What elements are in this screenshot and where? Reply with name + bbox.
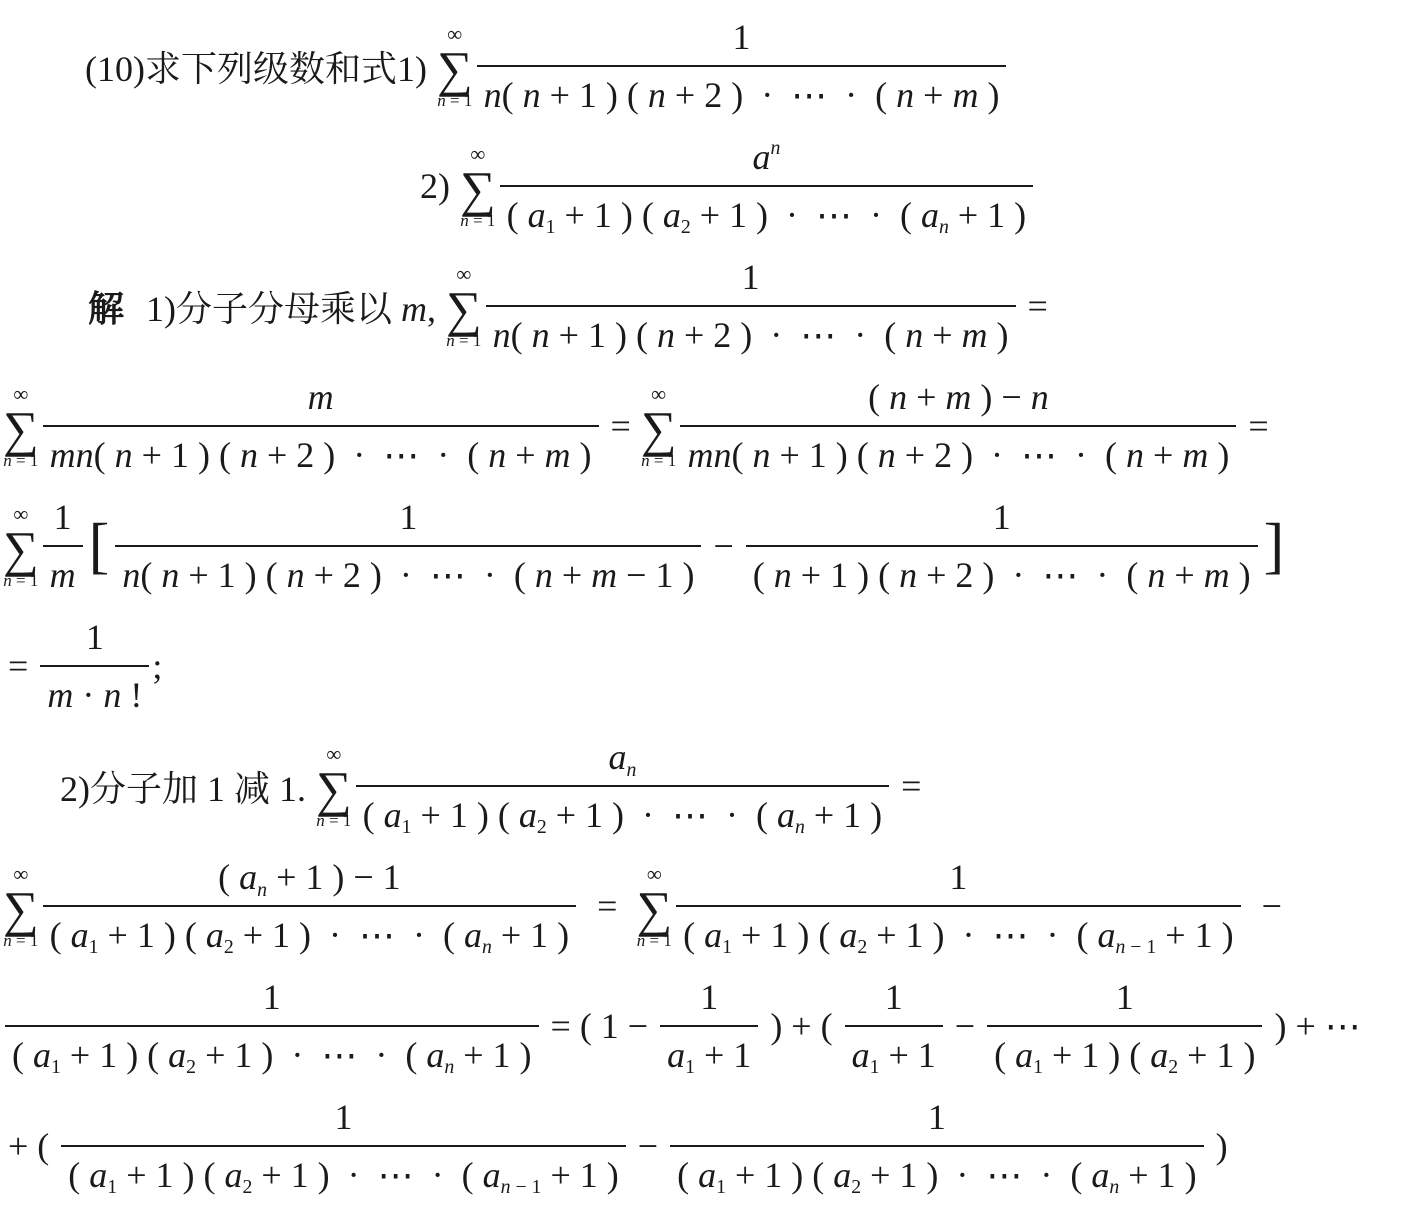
math-variable: n <box>257 879 267 901</box>
fraction-numerator: 1 <box>878 977 910 1024</box>
big-bracket: [ <box>89 515 110 577</box>
summation-symbol: ∞∑n = 1 <box>3 384 39 469</box>
fraction-numerator: 1 <box>47 497 79 544</box>
summation-symbol: ∞∑n = 1 <box>316 744 352 829</box>
math-variable: a <box>1150 1035 1168 1075</box>
math-fraction: 1n( n + 1 ) ( n + 2 ) · ⋯ · ( n + m ) <box>486 257 1016 355</box>
math-variable: n <box>493 315 511 355</box>
math-variable: n <box>899 555 917 595</box>
summation-symbol: ∞∑n = 1 <box>437 24 473 109</box>
math-variable: n <box>889 377 907 417</box>
solution-part2-step4: + ( 1( a1 + 1 ) ( a2 + 1 ) · ⋯ · ( an − … <box>0 1086 1421 1206</box>
subscript: n <box>939 216 949 238</box>
fraction-denominator: mn( n + 1 ) ( n + 2 ) · ⋯ · ( n + m ) <box>43 425 599 475</box>
math-fraction: 1n( n + 1 ) ( n + 2 ) · ⋯ · ( n + m ) <box>477 17 1007 115</box>
math-variable: a <box>464 915 482 955</box>
math-variable: n <box>3 451 12 470</box>
sum-lower-limit: n = 1 <box>437 92 472 109</box>
subscript: 1 <box>51 1056 61 1078</box>
fraction-numerator: 1 <box>942 857 974 904</box>
math-text: ) + ⋯ <box>1265 1005 1360 1047</box>
math-variable: a <box>698 1155 716 1195</box>
math-variable: n <box>1031 377 1049 417</box>
math-text: (10)求下列级数和式1) <box>85 41 436 92</box>
math-variable: m <box>47 675 73 715</box>
fraction-denominator: n( n + 1 ) ( n + 2 ) · ⋯ · ( n + m ) <box>486 305 1016 355</box>
math-variable: n <box>905 315 923 355</box>
math-variable: m <box>545 435 571 475</box>
math-variable: n <box>1126 435 1144 475</box>
math-variable: a <box>224 1155 242 1195</box>
math-text: = <box>602 405 640 447</box>
math-variable: n <box>626 759 636 781</box>
subscript: 1 <box>402 816 412 838</box>
math-variable: a <box>239 857 257 897</box>
math-variable: n <box>1115 936 1125 958</box>
math-variable: a <box>608 737 626 777</box>
sigma-icon: ∑ <box>3 886 39 932</box>
math-variable: n <box>939 216 949 238</box>
math-text: ) + ( <box>761 1005 841 1047</box>
subscript: n − 1 <box>1115 936 1156 958</box>
math-variable: a <box>384 795 402 835</box>
math-text: = <box>8 645 37 687</box>
subscript: 2 <box>242 1176 252 1198</box>
sigma-icon: ∑ <box>316 766 352 812</box>
fraction-denominator: m <box>43 545 83 595</box>
math-variable: a <box>168 1035 186 1075</box>
sum-lower-limit: n = 1 <box>3 932 38 949</box>
subscript: n <box>257 879 267 901</box>
math-text: = ( 1 − <box>542 1005 658 1047</box>
fraction-denominator: ( a1 + 1 ) ( a2 + 1 ) · ⋯ · ( an − 1 + 1… <box>676 905 1240 955</box>
sigma-icon: ∑ <box>460 166 496 212</box>
math-fraction: 1( a1 + 1 ) ( a2 + 1 ) · ⋯ · ( an − 1 + … <box>676 857 1240 955</box>
subscript: n − 1 <box>501 1176 542 1198</box>
fraction-denominator: ( a1 + 1 ) ( a2 + 1 ) <box>987 1025 1262 1075</box>
summation-symbol: ∞∑n = 1 <box>636 864 672 949</box>
subscript: 1 <box>685 1056 695 1078</box>
math-document: (10)求下列级数和式1) ∞∑n = 11n( n + 1 ) ( n + 2… <box>0 0 1421 1218</box>
subscript: 1 <box>870 1056 880 1078</box>
subscript: n <box>482 936 492 958</box>
subscript: 1 <box>107 1176 117 1198</box>
superscript: n <box>770 137 780 159</box>
math-variable: n <box>488 435 506 475</box>
math-variable: n <box>648 75 666 115</box>
math-variable: n <box>482 936 492 958</box>
math-variable: n <box>535 555 553 595</box>
math-variable: n <box>501 1176 511 1198</box>
math-variable: a <box>206 915 224 955</box>
fraction-numerator: an <box>601 737 643 784</box>
math-variable: m <box>962 315 988 355</box>
solution-part1-step1: 解1)分子分母乘以 m, ∞∑n = 11n( n + 1 ) ( n + 2 … <box>0 246 1421 366</box>
math-variable: m <box>945 377 971 417</box>
math-text: = <box>579 885 635 927</box>
math-fraction: 1a1 + 1 <box>660 977 758 1075</box>
math-variable: a <box>852 1035 870 1075</box>
math-text: ) <box>1207 1125 1228 1167</box>
subscript: n <box>795 816 805 838</box>
math-fraction: 1n( n + 1 ) ( n + 2 ) · ⋯ · ( n + m − 1 … <box>115 497 701 595</box>
math-variable: mn <box>50 435 94 475</box>
math-fraction: an( a1 + 1 ) ( a2 + 1 ) · ⋯ · ( an + 1 ) <box>500 137 1034 235</box>
math-variable: n <box>437 91 446 110</box>
summation-symbol: ∞∑n = 1 <box>460 144 496 229</box>
sigma-icon: ∑ <box>437 46 473 92</box>
math-text: 2)分子加 1 减 1. <box>60 761 315 812</box>
fraction-numerator: 1 <box>693 977 725 1024</box>
math-variable: a <box>33 1035 51 1075</box>
math-variable: a <box>71 915 89 955</box>
big-bracket: ] <box>1264 515 1285 577</box>
math-text: − <box>946 1005 984 1047</box>
fraction-numerator: ( an + 1 ) − 1 <box>211 857 407 904</box>
math-text: − <box>704 525 742 567</box>
math-variable: a <box>528 195 546 235</box>
fraction-numerator: 1 <box>392 497 424 544</box>
math-text: − <box>1244 885 1282 927</box>
math-variable: a <box>663 195 681 235</box>
math-variable: mn <box>687 435 731 475</box>
fraction-denominator: ( a1 + 1 ) ( a2 + 1 ) · ⋯ · ( an + 1 ) <box>670 1145 1204 1195</box>
sum-lower-limit: n = 1 <box>641 452 676 469</box>
fraction-denominator: n( n + 1 ) ( n + 2 ) · ⋯ · ( n + m ) <box>477 65 1007 115</box>
math-fraction: 1( a1 + 1 ) ( a2 + 1 ) · ⋯ · ( an + 1 ) <box>670 1097 1204 1195</box>
subscript: 1 <box>716 1176 726 1198</box>
fraction-numerator: 1 <box>986 497 1018 544</box>
sigma-icon: ∑ <box>641 406 677 452</box>
math-variable: n <box>1147 555 1165 595</box>
fraction-denominator: mn( n + 1 ) ( n + 2 ) · ⋯ · ( n + m ) <box>680 425 1236 475</box>
math-variable: a <box>777 795 795 835</box>
sum-lower-limit: n = 1 <box>460 212 495 229</box>
sigma-icon: ∑ <box>636 886 672 932</box>
math-variable: a <box>519 795 537 835</box>
math-variable: a <box>1015 1035 1033 1075</box>
math-variable: n <box>115 435 133 475</box>
subscript: 2 <box>1168 1056 1178 1078</box>
fraction-denominator: a1 + 1 <box>660 1025 758 1075</box>
math-variable: n <box>878 435 896 475</box>
summation-symbol: ∞∑n = 1 <box>641 384 677 469</box>
math-variable: n <box>641 451 650 470</box>
fraction-denominator: ( a1 + 1 ) ( a2 + 1 ) · ⋯ · ( an + 1 ) <box>5 1025 539 1075</box>
fraction-denominator: ( a1 + 1 ) ( a2 + 1 ) · ⋯ · ( an + 1 ) <box>43 905 577 955</box>
math-variable: m <box>50 555 76 595</box>
fraction-numerator: ( n + m ) − n <box>861 377 1056 424</box>
sum-lower-limit: n = 1 <box>316 812 351 829</box>
math-text: ; <box>152 645 162 687</box>
fraction-numerator: m <box>301 377 341 424</box>
math-text: = <box>1239 405 1268 447</box>
fraction-denominator: ( n + 1 ) ( n + 2 ) · ⋯ · ( n + m ) <box>746 545 1258 595</box>
sigma-icon: ∑ <box>3 526 39 572</box>
math-variable: a <box>839 915 857 955</box>
math-variable: n <box>240 435 258 475</box>
math-variable: n <box>896 75 914 115</box>
fraction-denominator: ( a1 + 1 ) ( a2 + 1 ) · ⋯ · ( an + 1 ) <box>356 785 890 835</box>
math-fraction: 1( a1 + 1 ) ( a2 + 1 ) · ⋯ · ( an + 1 ) <box>5 977 539 1075</box>
math-variable: m <box>952 75 978 115</box>
math-text: + ( <box>8 1125 58 1167</box>
subscript: n <box>626 759 636 781</box>
math-fraction: ( an + 1 ) − 1( a1 + 1 ) ( a2 + 1 ) · ⋯ … <box>43 857 577 955</box>
math-variable: n <box>637 931 646 950</box>
summation-symbol: ∞∑n = 1 <box>446 264 482 349</box>
math-fraction: 1( n + 1 ) ( n + 2 ) · ⋯ · ( n + m ) <box>746 497 1258 595</box>
math-fraction: 1a1 + 1 <box>845 977 943 1075</box>
solution-part2-step3: 1( a1 + 1 ) ( a2 + 1 ) · ⋯ · ( an + 1 ) … <box>0 966 1421 1086</box>
subscript: 1 <box>1033 1056 1043 1078</box>
solution-part2-step2: ∞∑n = 1( an + 1 ) − 1( a1 + 1 ) ( a2 + 1… <box>0 846 1421 966</box>
math-fraction: 1( a1 + 1 ) ( a2 + 1 ) <box>987 977 1262 1075</box>
sum-lower-limit: n = 1 <box>3 572 38 589</box>
math-variable: n <box>523 75 541 115</box>
math-variable: a <box>752 137 770 177</box>
sum-lower-limit: n = 1 <box>446 332 481 349</box>
math-variable: n <box>752 435 770 475</box>
solution-label: 解 <box>88 281 124 332</box>
math-variable: n <box>1109 1176 1119 1198</box>
sigma-icon: ∑ <box>446 286 482 332</box>
math-variable: n <box>795 816 805 838</box>
math-variable: a <box>833 1155 851 1195</box>
math-variable: n <box>484 75 502 115</box>
sum-lower-limit: n = 1 <box>3 452 38 469</box>
fraction-denominator: ( a1 + 1 ) ( a2 + 1 ) · ⋯ · ( an − 1 + 1… <box>61 1145 625 1195</box>
math-variable: n <box>161 555 179 595</box>
math-variable: a <box>1091 1155 1109 1195</box>
fraction-denominator: ( a1 + 1 ) ( a2 + 1 ) · ⋯ · ( an + 1 ) <box>500 185 1034 235</box>
fraction-numerator: 1 <box>79 617 111 664</box>
sum-lower-limit: n = 1 <box>637 932 672 949</box>
problem-line-1: (10)求下列级数和式1) ∞∑n = 11n( n + 1 ) ( n + 2… <box>0 6 1421 126</box>
summation-symbol: ∞∑n = 1 <box>3 504 39 589</box>
math-variable: n <box>316 811 325 830</box>
fraction-numerator: 1 <box>921 1097 953 1144</box>
math-text: − <box>629 1125 667 1167</box>
solution-part2-step1: 2)分子加 1 减 1. ∞∑n = 1an( a1 + 1 ) ( a2 + … <box>0 726 1421 846</box>
math-fraction: 1( a1 + 1 ) ( a2 + 1 ) · ⋯ · ( an − 1 + … <box>61 1097 625 1195</box>
math-variable: n <box>103 675 121 715</box>
math-text: 1)分子分母乘以 m, <box>146 281 445 332</box>
subscript: n <box>444 1056 454 1078</box>
math-variable: n <box>460 211 469 230</box>
summation-symbol: ∞∑n = 1 <box>3 864 39 949</box>
math-fraction: 1m <box>43 497 83 595</box>
math-variable: m <box>1204 555 1230 595</box>
math-variable: a <box>704 915 722 955</box>
math-text: = <box>892 765 921 807</box>
math-variable: n <box>287 555 305 595</box>
math-variable: n <box>770 137 780 159</box>
fraction-numerator: 1 <box>1109 977 1141 1024</box>
math-variable: m <box>401 289 427 329</box>
solution-part1-result: = 1m · n !; <box>0 606 1421 726</box>
math-variable: a <box>667 1035 685 1075</box>
math-fraction: an( a1 + 1 ) ( a2 + 1 ) · ⋯ · ( an + 1 ) <box>356 737 890 835</box>
subscript: 2 <box>224 936 234 958</box>
subscript: 2 <box>681 216 691 238</box>
subscript: 2 <box>851 1176 861 1198</box>
subscript: 1 <box>89 936 99 958</box>
math-variable: n <box>3 931 12 950</box>
math-variable: n <box>444 1056 454 1078</box>
math-variable: n <box>122 555 140 595</box>
solution-part1-step3: ∞∑n = 11m[1n( n + 1 ) ( n + 2 ) · ⋯ · ( … <box>0 486 1421 606</box>
subscript: 1 <box>722 936 732 958</box>
math-variable: m <box>308 377 334 417</box>
sigma-icon: ∑ <box>3 406 39 452</box>
math-text: 2) <box>420 165 459 207</box>
math-fraction: mmn( n + 1 ) ( n + 2 ) · ⋯ · ( n + m ) <box>43 377 599 475</box>
math-variable: n <box>657 315 675 355</box>
subscript: 2 <box>857 936 867 958</box>
fraction-denominator: m · n ! <box>40 665 149 715</box>
subscript: 2 <box>537 816 547 838</box>
fraction-denominator: a1 + 1 <box>845 1025 943 1075</box>
math-fraction: ( n + m ) − nmn( n + 1 ) ( n + 2 ) · ⋯ ·… <box>680 377 1236 475</box>
fraction-denominator: n( n + 1 ) ( n + 2 ) · ⋯ · ( n + m − 1 ) <box>115 545 701 595</box>
math-variable: m <box>591 555 617 595</box>
math-variable: n <box>774 555 792 595</box>
fraction-numerator: 1 <box>726 17 758 64</box>
math-variable: a <box>483 1155 501 1195</box>
math-variable: a <box>89 1155 107 1195</box>
math-variable: n <box>532 315 550 355</box>
math-variable: a <box>426 1035 444 1075</box>
math-variable: a <box>1097 915 1115 955</box>
subscript: n <box>1109 1176 1119 1198</box>
subscript: 2 <box>186 1056 196 1078</box>
fraction-numerator: 1 <box>328 1097 360 1144</box>
fraction-numerator: an <box>745 137 787 184</box>
math-variable: m <box>1182 435 1208 475</box>
math-variable: n <box>446 331 455 350</box>
math-variable: a <box>921 195 939 235</box>
fraction-numerator: 1 <box>256 977 288 1024</box>
fraction-numerator: 1 <box>735 257 767 304</box>
problem-line-2: 2) ∞∑n = 1an( a1 + 1 ) ( a2 + 1 ) · ⋯ · … <box>0 126 1421 246</box>
math-variable: n <box>3 571 12 590</box>
math-fraction: 1m · n ! <box>40 617 149 715</box>
math-text: = <box>1019 285 1048 327</box>
solution-part1-step2: ∞∑n = 1mmn( n + 1 ) ( n + 2 ) · ⋯ · ( n … <box>0 366 1421 486</box>
subscript: 1 <box>546 216 556 238</box>
